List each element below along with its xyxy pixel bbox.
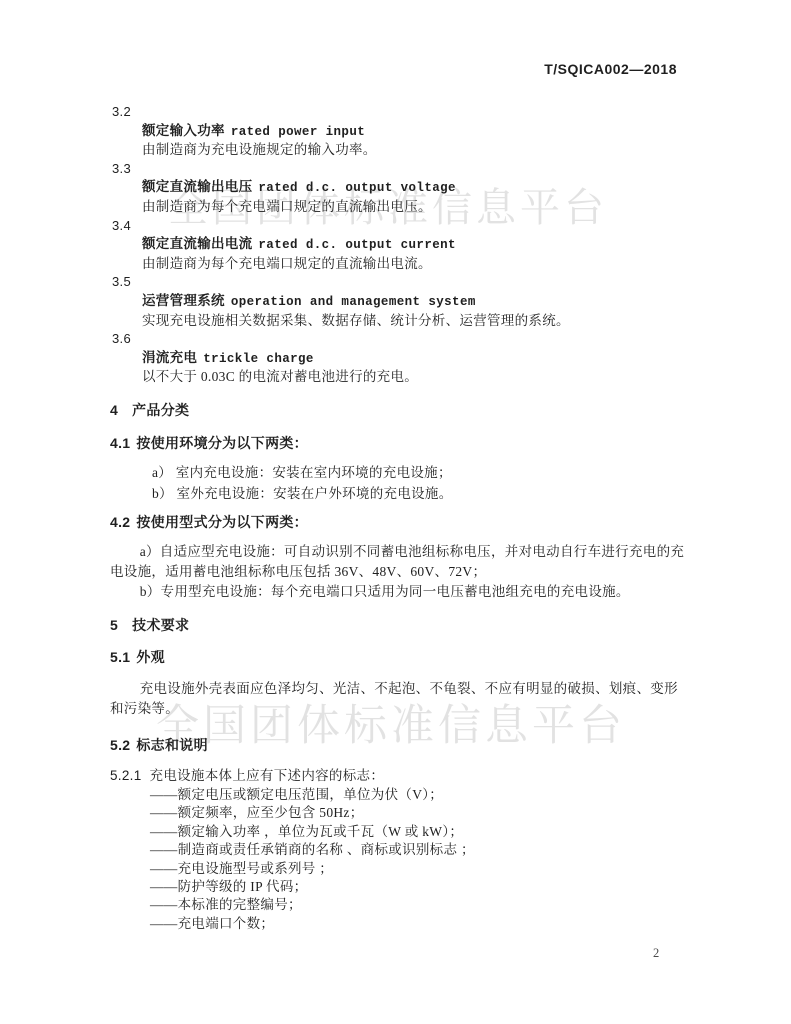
- definition-3-4: 3.4 额定直流输出电流rated d.c. output current 由制…: [110, 217, 682, 274]
- term-english: rated d.c. output voltage: [258, 181, 456, 195]
- definition-text: 由制造商为每个充电端口规定的直流输出电流。: [110, 255, 682, 274]
- clause-number: 3.2: [110, 103, 682, 122]
- section-number: 4.2: [110, 514, 130, 530]
- definition-3-5: 3.5 运营管理系统operation and management syste…: [110, 273, 682, 330]
- definition-text: 实现充电设施相关数据采集、数据存储、统计分析、运营管理的系统。: [110, 312, 682, 331]
- section-title: 产品分类: [132, 402, 189, 418]
- list-item: b） 室外充电设施：安装在户外环境的充电设施。: [110, 483, 682, 504]
- section-5-2-heading: 5.2标志和说明: [110, 735, 682, 755]
- term-english: rated power input: [231, 125, 365, 139]
- list-item: a） 室内充电设施：安装在室内环境的充电设施；: [110, 462, 682, 483]
- definition-text: 由制造商为充电设施规定的输入功率。: [110, 141, 682, 160]
- marking-requirements-list: ——额定电压或额定电压范围，单位为伏（V）； ——额定频率，应至少包含 50Hz…: [110, 786, 682, 933]
- list-item: ——制造商或责任承销商的名称 、商标或识别标志 ；: [110, 841, 682, 859]
- term-line: 涓流充电trickle charge: [110, 349, 682, 369]
- section-5-heading: 5技术要求: [110, 615, 682, 635]
- document-body: 3.2 额定输入功率rated power input 由制造商为充电设施规定的…: [110, 103, 682, 933]
- clause-number: 3.5: [110, 273, 682, 292]
- section-number: 4.1: [110, 435, 130, 451]
- document-number-header: T/SQICA002—2018: [544, 61, 677, 77]
- list-item: ——额定电压或额定电压范围，单位为伏（V）；: [110, 786, 682, 804]
- list-item: ——额定频率，应至少包含 50Hz；: [110, 804, 682, 822]
- clause-text: 充电设施本体上应有下述内容的标志：: [150, 768, 385, 783]
- term-line: 额定直流输出电压rated d.c. output voltage: [110, 178, 682, 198]
- section-number: 4: [110, 402, 118, 418]
- list-item: ——本标准的完整编号；: [110, 896, 682, 914]
- clause-number: 3.4: [110, 217, 682, 236]
- term-chinese: 额定输入功率: [142, 123, 225, 138]
- definition-text: 以不大于 0.03C 的电流对蓄电池进行的充电。: [110, 368, 682, 387]
- appearance-paragraph: 充电设施外壳表面应色泽均匀、光洁、不起泡、不龟裂、不应有明显的破损、划痕、变形 …: [110, 679, 682, 719]
- classification-environment-list: a） 室内充电设施：安装在室内环境的充电设施； b） 室外充电设施：安装在户外环…: [110, 462, 682, 504]
- paragraph-line: 充电设施外壳表面应色泽均匀、光洁、不起泡、不龟裂、不应有明显的破损、划痕、变形: [110, 679, 682, 699]
- paragraph-line: b）专用型充电设施：每个充电端口只适用为同一电压蓄电池组充电的充电设施。: [110, 582, 682, 602]
- section-number: 5.1: [110, 649, 130, 665]
- section-title: 技术要求: [132, 617, 189, 633]
- term-chinese: 额定直流输出电流: [142, 236, 252, 251]
- section-title: 标志和说明: [136, 737, 208, 753]
- paragraph-line: 电设施，适用蓄电池组标称电压包括 36V、48V、60V、72V；: [110, 562, 682, 582]
- section-4-heading: 4产品分类: [110, 400, 682, 420]
- page-number: 2: [653, 946, 659, 961]
- definition-3-6: 3.6 涓流充电trickle charge 以不大于 0.03C 的电流对蓄电…: [110, 330, 682, 387]
- term-line: 额定直流输出电流rated d.c. output current: [110, 235, 682, 255]
- paragraph-line: 和污染等。: [110, 699, 682, 719]
- term-line: 运营管理系统operation and management system: [110, 292, 682, 312]
- list-item: ——额定输入功率 ，单位为瓦或千瓦（W 或 kW）；: [110, 823, 682, 841]
- clause-5-2-1: 5.2.1充电设施本体上应有下述内容的标志：: [110, 766, 682, 786]
- clause-number: 5.2.1: [110, 768, 142, 783]
- list-item: ——充电端口个数；: [110, 915, 682, 933]
- section-4-2-heading: 4.2按使用型式分为以下两类：: [110, 512, 682, 532]
- term-chinese: 涓流充电: [142, 350, 197, 365]
- clause-number: 3.6: [110, 330, 682, 349]
- document-page: 全国团体标准信息平台 全国团体标准信息平台 T/SQICA002—2018 3.…: [0, 0, 791, 1024]
- list-item: ——防护等级的 IP 代码；: [110, 878, 682, 896]
- section-title: 按使用环境分为以下两类：: [136, 435, 308, 451]
- classification-type-paragraph: a）自适应型充电设施：可自动识别不同蓄电池组标称电压，并对电动自行车进行充电的充…: [110, 542, 682, 602]
- list-item: ——充电设施型号或系列号 ；: [110, 860, 682, 878]
- section-5-1-heading: 5.1外观: [110, 647, 682, 667]
- definition-3-3: 3.3 额定直流输出电压rated d.c. output voltage 由制…: [110, 160, 682, 217]
- term-english: trickle charge: [203, 352, 314, 366]
- section-4-1-heading: 4.1按使用环境分为以下两类：: [110, 433, 682, 453]
- term-english: operation and management system: [231, 295, 476, 309]
- section-title: 按使用型式分为以下两类：: [136, 514, 308, 530]
- section-number: 5.2: [110, 737, 130, 753]
- definition-3-2: 3.2 额定输入功率rated power input 由制造商为充电设施规定的…: [110, 103, 682, 160]
- clause-number: 3.3: [110, 160, 682, 179]
- term-chinese: 额定直流输出电压: [142, 179, 252, 194]
- section-number: 5: [110, 617, 118, 633]
- section-title: 外观: [136, 649, 165, 665]
- term-chinese: 运营管理系统: [142, 293, 225, 308]
- paragraph-line: a）自适应型充电设施：可自动识别不同蓄电池组标称电压，并对电动自行车进行充电的充: [110, 542, 682, 562]
- term-line: 额定输入功率rated power input: [110, 122, 682, 142]
- term-english: rated d.c. output current: [258, 238, 456, 252]
- definition-text: 由制造商为每个充电端口规定的直流输出电压。: [110, 198, 682, 217]
